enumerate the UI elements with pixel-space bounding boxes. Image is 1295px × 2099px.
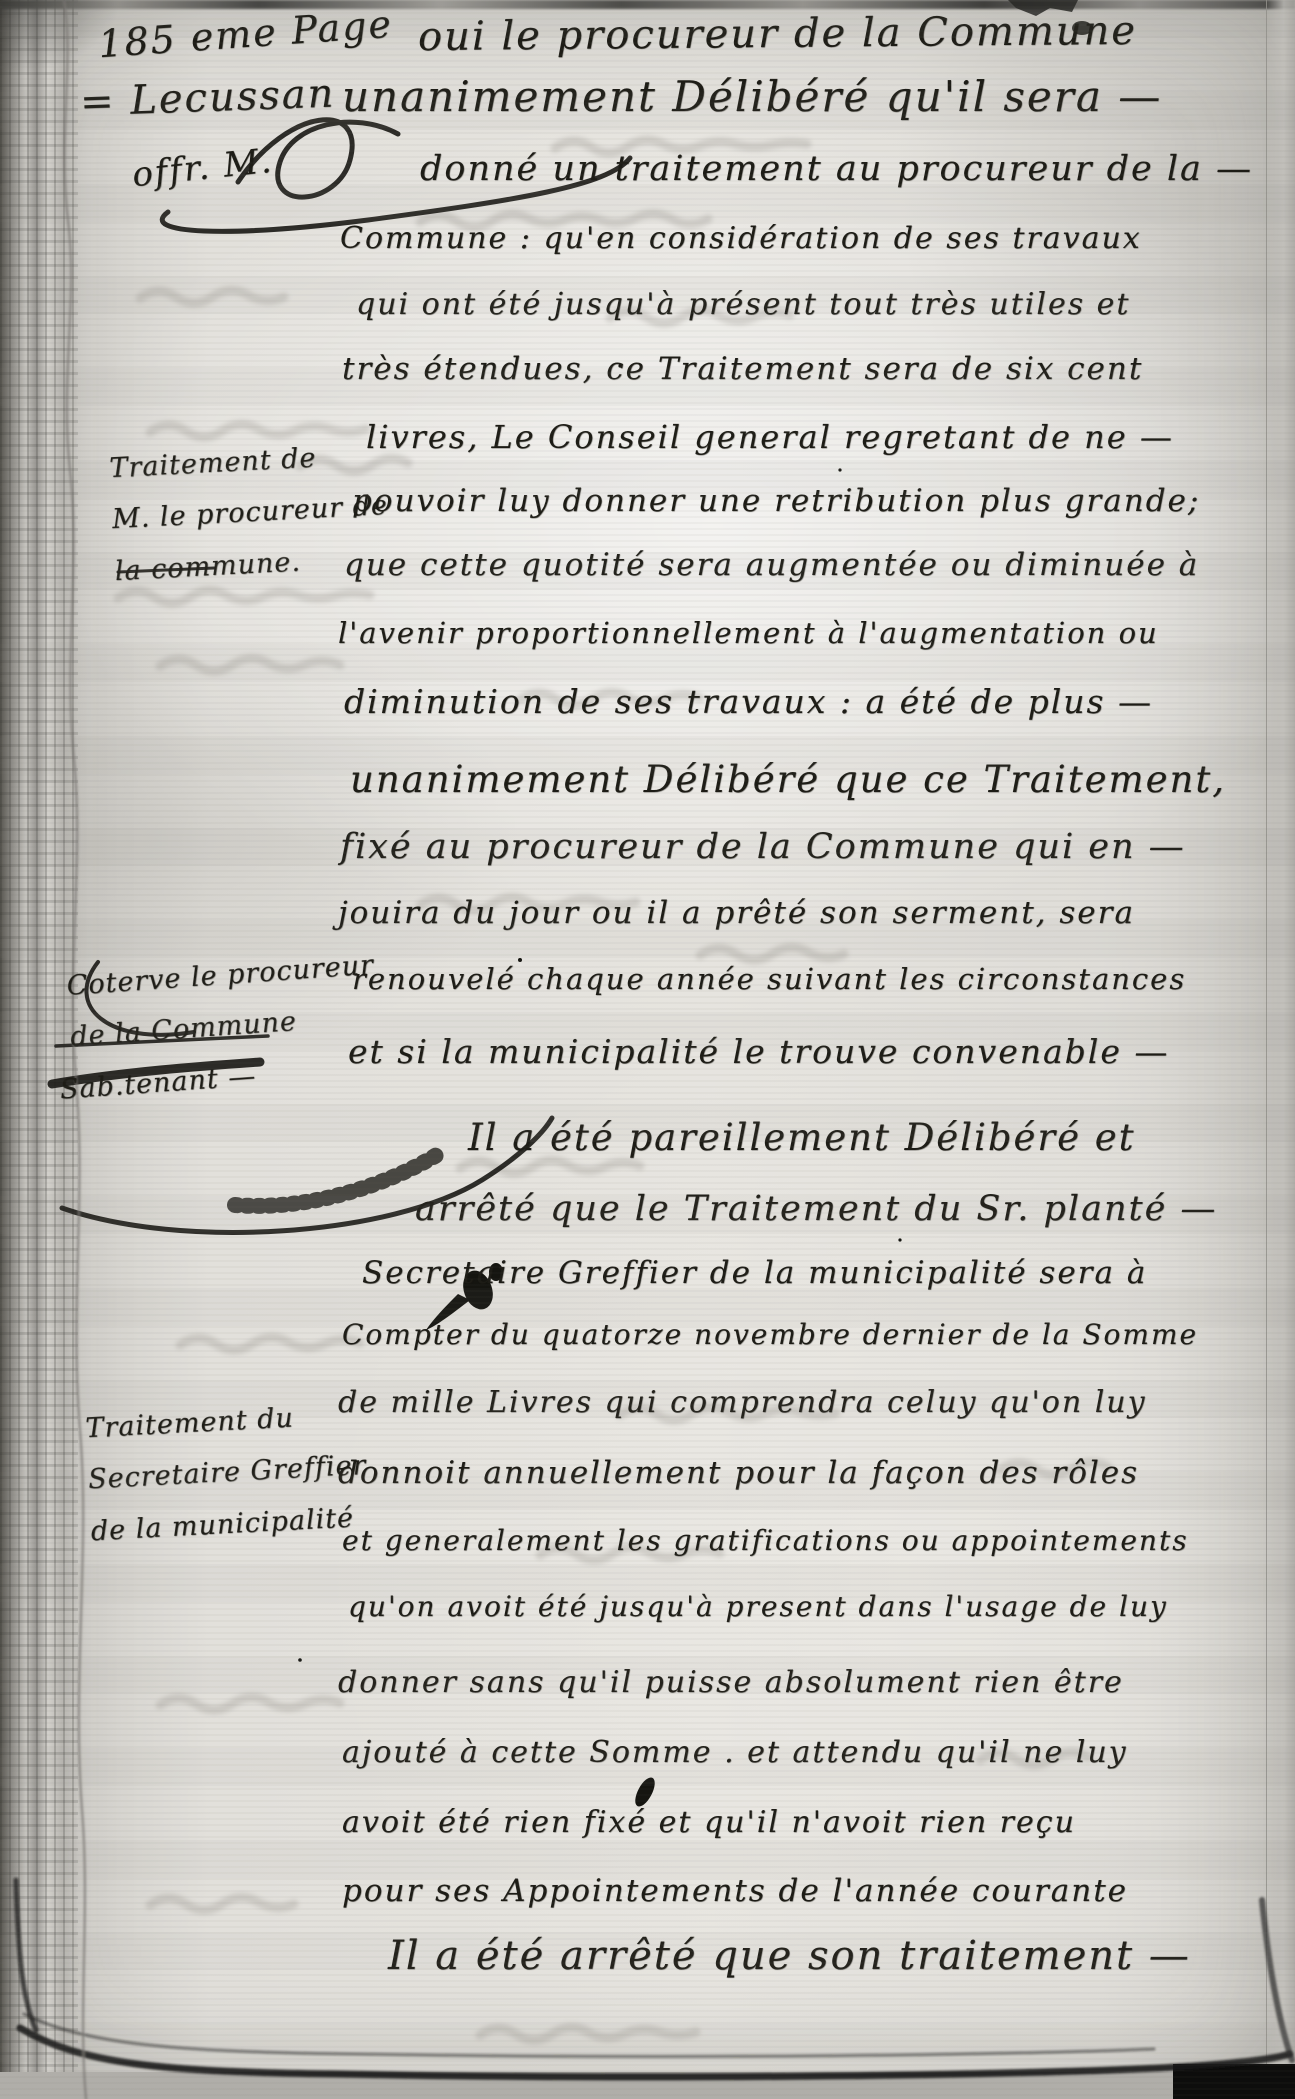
page-right-edge: [1266, 0, 1295, 2099]
scan-bottom-strip: [0, 2072, 1295, 2099]
manuscript-line: jouira du jour ou il a prêté son serment…: [338, 896, 1135, 930]
manuscript-line: qu'on avoit été jusqu'à present dans l'u…: [348, 1592, 1168, 1623]
margin-note-traitement-secretaire: Traitement du Secretaire Greffier de la …: [84, 1389, 370, 1557]
manuscript-line: Il a été arrêté que son traitement —: [388, 1934, 1191, 1978]
manuscript-line: arrêté que le Traitement du Sr. planté —: [415, 1190, 1217, 1229]
manuscript-line: ajouté à cette Somme . et attendu qu'il …: [342, 1736, 1128, 1769]
manuscript-line: livres, Le Conseil general regretant de …: [366, 420, 1174, 455]
manuscript-line: Secretaire Greffier de la municipalité s…: [362, 1256, 1147, 1290]
manuscript-line: que cette quotité sera augmentée ou dimi…: [344, 548, 1199, 582]
manuscript-line: donné un traitement au procureur de la —: [420, 150, 1253, 189]
registrar-name: = Lecussan: [79, 72, 336, 125]
manuscript-line: et generalement les gratifications ou ap…: [342, 1526, 1189, 1557]
manuscript-line: très étendues, ce Traitement sera de six…: [342, 352, 1143, 386]
scan-bottom-right-black: [1173, 2064, 1295, 2099]
manuscript-line: unanimement Délibéré qu'il sera —: [342, 74, 1162, 120]
manuscript-line: pouvoir luy donner une retribution plus …: [352, 484, 1200, 518]
manuscript-page: 185 eme Page = Lecussan offr. M. Traitem…: [0, 0, 1295, 2099]
manuscript-line: qui ont été jusqu'à présent tout très ut…: [356, 288, 1130, 321]
manuscript-line: de mille Livres qui comprendra celuy qu'…: [338, 1386, 1147, 1419]
manuscript-line: Compter du quatorze novembre dernier de …: [342, 1320, 1198, 1351]
registrar-title: offr. M.: [130, 143, 275, 195]
manuscript-line: Il a été pareillement Délibéré et: [468, 1118, 1136, 1159]
manuscript-line: renouvelé chaque année suivant les circo…: [352, 964, 1186, 996]
manuscript-line: donner sans qu'il puisse absolument rien…: [338, 1666, 1124, 1699]
manuscript-line: Commune : qu'en considération de ses tra…: [340, 222, 1142, 255]
binding-edge: [0, 0, 78, 2099]
manuscript-line: fixé au procureur de la Commune qui en —: [340, 828, 1186, 867]
manuscript-line: et si la municipalité le trouve convenab…: [348, 1034, 1169, 1070]
manuscript-line: l'avenir proportionnellement à l'augment…: [338, 618, 1159, 650]
manuscript-line: donnoit annuellement pour la façon des r…: [338, 1456, 1139, 1490]
manuscript-line: unanimement Délibéré que ce Traitement,: [350, 760, 1226, 801]
manuscript-line: oui le procureur de la Commune: [418, 9, 1137, 59]
paragraph-flourish-hatching: [235, 1153, 440, 1206]
margin-note-serment-commune: Coterve le procureur de la Commune Sab.t…: [65, 939, 383, 1114]
manuscript-line: diminution de ses travaux : a été de plu…: [344, 684, 1153, 720]
manuscript-line: avoit été rien fixé et qu'il n'avoit rie…: [342, 1806, 1076, 1839]
manuscript-line: pour ses Appointements de l'année couran…: [342, 1874, 1128, 1908]
